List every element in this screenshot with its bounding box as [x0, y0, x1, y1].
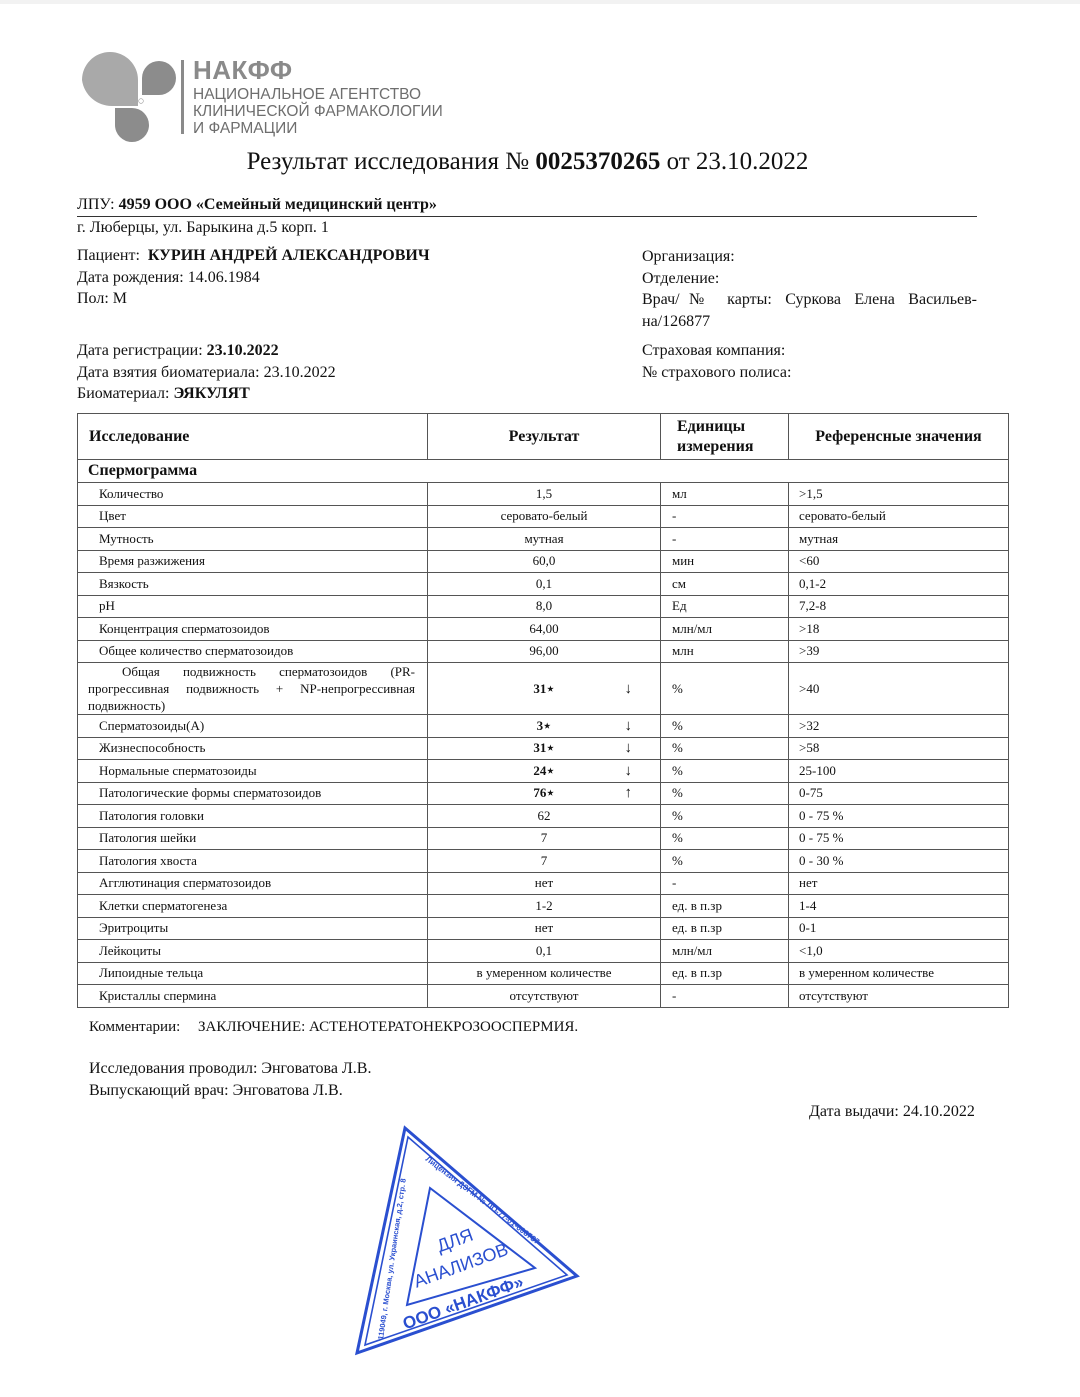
table-row: Нормальные сперматозоиды24⋆↓%25-100	[78, 760, 1009, 783]
cell-test: Эритроциты	[78, 917, 428, 940]
cell-unit: ед. в п.зр	[661, 917, 789, 940]
cell-test: Мутность	[78, 528, 428, 551]
cell-test: Жизнеспособность	[78, 737, 428, 760]
cell-reference: >39	[789, 640, 1009, 663]
cell-result: 8,0	[428, 595, 661, 618]
result-value: 1,5	[536, 487, 552, 501]
cell-result: нет	[428, 872, 661, 895]
cell-test: Липоидные тельца	[78, 962, 428, 985]
cell-reference: серовато-белый	[789, 505, 1009, 528]
biomaterial-label: Биоматериал:	[77, 385, 169, 402]
cell-unit: %	[661, 760, 789, 783]
results-table: Исследование Результат Единицы измерения…	[77, 413, 1009, 1008]
test-name: Время разжижения	[99, 553, 205, 568]
cell-result: серовато-белый	[428, 505, 661, 528]
test-name: Кристаллы спермина	[99, 988, 216, 1003]
document-title: Результат исследования № 0025370265 от 2…	[0, 146, 1055, 178]
staff-info: Исследования проводил: Энговатова Л.В. В…	[89, 1058, 371, 1101]
table-row: Липоидные тельцав умеренном количествеед…	[78, 962, 1009, 985]
insurance-label: Страховая компания:	[642, 342, 785, 359]
dob-value: 14.06.1984	[188, 269, 260, 286]
cell-test: Время разжижения	[78, 550, 428, 573]
cell-test: Патология хвоста	[78, 850, 428, 873]
test-name: Мутность	[99, 531, 154, 546]
cell-unit: %	[661, 715, 789, 738]
table-row: Лейкоциты0,1млн/мл<1,0	[78, 940, 1009, 963]
result-value: 3⋆	[537, 719, 552, 733]
table-row: Патологические формы сперматозоидов76⋆↑%…	[78, 782, 1009, 805]
test-name: pH	[99, 598, 115, 613]
header-result: Результат	[428, 414, 661, 460]
table-row: Общая подвижность сперматозоидов (PR-про…	[78, 663, 1009, 715]
patient-name-row: Пациент: КУРИН АНДРЕЙ АЛЕКСАНДРОВИЧ	[77, 245, 430, 267]
cell-reference: >18	[789, 618, 1009, 641]
cell-unit: ед. в п.зр	[661, 962, 789, 985]
cell-result: 64,00	[428, 618, 661, 641]
nakff-logo-icon	[80, 50, 180, 142]
cell-test: Клетки сперматогенеза	[78, 895, 428, 918]
arrow-down-icon: ↓	[625, 719, 633, 733]
org-label: Организация:	[642, 248, 735, 265]
table-row: pH8,0Ед7,2-8	[78, 595, 1009, 618]
test-name: Клетки сперматогенеза	[99, 898, 227, 913]
table-row: Мутностьмутная-мутная	[78, 528, 1009, 551]
cell-test: Лейкоциты	[78, 940, 428, 963]
cell-unit: %	[661, 805, 789, 828]
issue-date: Дата выдачи: 24.10.2022	[809, 1101, 975, 1122]
result-value: 24⋆	[533, 764, 554, 778]
cell-test: Сперматозоиды(А)	[78, 715, 428, 738]
header-reference: Референсные значения	[789, 414, 1009, 460]
insurance-info: Страховая компания: № страхового полиса:	[642, 340, 791, 383]
result-value: 0,1	[536, 944, 552, 958]
cell-unit: %	[661, 850, 789, 873]
section-title: Спермограмма	[78, 460, 1009, 483]
cell-reference: 0,1-2	[789, 573, 1009, 596]
cell-unit: -	[661, 872, 789, 895]
result-value: 76⋆	[533, 786, 554, 800]
cell-reference: <1,0	[789, 940, 1009, 963]
result-value: 31⋆	[533, 741, 554, 755]
cell-result: 0,1	[428, 940, 661, 963]
table-row: Патология хвоста7%0 - 30 %	[78, 850, 1009, 873]
arrow-down-icon: ↓	[625, 682, 633, 696]
cell-unit: -	[661, 985, 789, 1008]
sex-label: Пол:	[77, 290, 109, 307]
test-name: Патологические формы сперматозоидов	[99, 785, 321, 800]
cell-result: отсутствуют	[428, 985, 661, 1008]
cell-test: Общее количество сперматозоидов	[78, 640, 428, 663]
table-header-row: Исследование Результат Единицы измерения…	[78, 414, 1009, 460]
reg-date-row: Дата регистрации: 23.10.2022	[77, 340, 336, 362]
test-name: Количество	[99, 486, 163, 501]
cell-result: мутная	[428, 528, 661, 551]
test-name: Агглютинация сперматозоидов	[99, 875, 271, 890]
organization-info: Организация: Отделение: Врач/№ карты: Су…	[642, 246, 977, 332]
stamp-icon: ДЛЯ АНАЛИЗОВ ООО «НАКФФ» Лицензия ДЗГМ №…	[345, 1118, 590, 1363]
result-value: в умеренном количестве	[477, 966, 612, 980]
comment-label: Комментарии:	[89, 1019, 180, 1035]
cell-result: 1,5	[428, 483, 661, 506]
table-row: Кристаллы сперминаотсутствуют-отсутствую…	[78, 985, 1009, 1008]
cell-test: Патология шейки	[78, 827, 428, 850]
policy-label: № страхового полиса:	[642, 364, 791, 381]
cell-reference: 0-1	[789, 917, 1009, 940]
table-row: Патология головки62%0 - 75 %	[78, 805, 1009, 828]
table-row: Патология шейки7%0 - 75 %	[78, 827, 1009, 850]
cell-result: 31⋆↓	[428, 663, 661, 715]
cell-unit: млн/мл	[661, 618, 789, 641]
cell-test: pH	[78, 595, 428, 618]
issuing-doctor: Выпускающий врач: Энговатова Л.В.	[89, 1080, 371, 1102]
table-row: Концентрация сперматозоидов64,00млн/мл>1…	[78, 618, 1009, 641]
result-value: серовато-белый	[501, 509, 588, 523]
table-row: Клетки сперматогенеза1-2ед. в п.зр1-4	[78, 895, 1009, 918]
cell-result: 96,00	[428, 640, 661, 663]
patient-name-label: Пациент:	[77, 247, 140, 264]
top-bar	[0, 0, 1080, 4]
cell-result: 60,0	[428, 550, 661, 573]
cell-result: 0,1	[428, 573, 661, 596]
test-name: Концентрация сперматозоидов	[99, 621, 270, 636]
cell-unit: %	[661, 782, 789, 805]
result-value: 8,0	[536, 599, 552, 613]
result-value: нет	[535, 876, 553, 890]
dept-label: Отделение:	[642, 270, 719, 287]
cell-reference: >40	[789, 663, 1009, 715]
test-name: Липоидные тельца	[99, 965, 203, 980]
test-name: Лейкоциты	[99, 943, 161, 958]
table-row: Эритроцитынетед. в п.зр0-1	[78, 917, 1009, 940]
cell-unit: мл	[661, 483, 789, 506]
logo-subtitle-line: НАЦИОНАЛЬНОЕ АГЕНТСТВО	[193, 86, 443, 103]
dob-label: Дата рождения:	[77, 269, 184, 286]
lpu-address: г. Люберцы, ул. Барыкина д.5 корп. 1	[77, 218, 329, 238]
reg-date-label: Дата регистрации:	[77, 342, 203, 359]
cell-unit: %	[661, 737, 789, 760]
cell-reference: <60	[789, 550, 1009, 573]
result-value: 60,0	[533, 554, 556, 568]
cell-unit: %	[661, 827, 789, 850]
sample-date-label: Дата взятия биоматериала:	[77, 364, 260, 381]
reg-date-value: 23.10.2022	[207, 342, 279, 359]
cell-unit: мин	[661, 550, 789, 573]
cell-test: Патология головки	[78, 805, 428, 828]
cell-result: 62	[428, 805, 661, 828]
header-units: Единицы измерения	[661, 414, 789, 460]
cell-reference: мутная	[789, 528, 1009, 551]
logo-brand: НАКФФ	[193, 56, 293, 84]
cell-unit: %	[661, 663, 789, 715]
test-name: Вязкость	[99, 576, 149, 591]
cell-reference: 0-75	[789, 782, 1009, 805]
title-prefix: Результат исследования №	[247, 148, 529, 175]
arrow-down-icon: ↓	[625, 741, 633, 755]
table-row: Общее количество сперматозоидов96,00млн>…	[78, 640, 1009, 663]
lpu-line: ЛПУ: 4959 ООО «Семейный медицинский цент…	[77, 195, 977, 217]
test-name: Патология хвоста	[99, 853, 197, 868]
cell-result: 7	[428, 850, 661, 873]
cell-reference: в умеренном количестве	[789, 962, 1009, 985]
cell-reference: отсутствуют	[789, 985, 1009, 1008]
cell-test: Цвет	[78, 505, 428, 528]
cell-test: Вязкость	[78, 573, 428, 596]
cell-reference: нет	[789, 872, 1009, 895]
result-value: 62	[538, 809, 551, 823]
lpu-value: 4959 ООО «Семейный медицинский центр»	[119, 196, 437, 213]
org-row: Организация:	[642, 246, 977, 268]
cell-result: нет	[428, 917, 661, 940]
cell-result: 3⋆↓	[428, 715, 661, 738]
patient-name: КУРИН АНДРЕЙ АЛЕКСАНДРОВИЧ	[148, 247, 430, 264]
doctor-label: Врач/№ карты:	[642, 291, 772, 308]
logo-separator	[181, 60, 184, 134]
cell-result: 24⋆↓	[428, 760, 661, 783]
table-row: Жизнеспособность31⋆↓%>58	[78, 737, 1009, 760]
result-value: 64,00	[529, 622, 558, 636]
cell-test: Нормальные сперматозоиды	[78, 760, 428, 783]
registration-info: Дата регистрации: 23.10.2022 Дата взятия…	[77, 340, 336, 405]
sex-value: М	[113, 290, 127, 307]
sex-row: Пол: М	[77, 288, 430, 310]
svg-text:Лицензия ДЗГМ № ЛО-77-01-00873: Лицензия ДЗГМ № ЛО-77-01-008737	[424, 1154, 542, 1246]
cell-reference: 0 - 30 %	[789, 850, 1009, 873]
cell-result: в умеренном количестве	[428, 962, 661, 985]
sample-date-row: Дата взятия биоматериала: 23.10.2022	[77, 362, 336, 384]
table-row: Цветсеровато-белый-серовато-белый	[78, 505, 1009, 528]
cell-unit: млн	[661, 640, 789, 663]
cell-result: 1-2	[428, 895, 661, 918]
result-number: 0025370265	[535, 148, 660, 175]
result-value: отсутствуют	[510, 989, 579, 1003]
result-value: 96,00	[529, 644, 558, 658]
test-name: Эритроциты	[99, 920, 168, 935]
table-row: Агглютинация сперматозоидовнет-нет	[78, 872, 1009, 895]
cell-reference: 0 - 75 %	[789, 827, 1009, 850]
cell-reference: 25-100	[789, 760, 1009, 783]
test-name: Общая подвижность сперматозоидов (PR-про…	[88, 664, 415, 713]
patient-info: Пациент: КУРИН АНДРЕЙ АЛЕКСАНДРОВИЧ Дата…	[77, 245, 430, 310]
table-row: Время разжижения60,0мин<60	[78, 550, 1009, 573]
lpu-label: ЛПУ:	[77, 196, 115, 213]
test-name: Патология шейки	[99, 830, 196, 845]
doctor-row: Врач/№ карты: Суркова Елена Васильев-на/…	[642, 289, 977, 332]
cell-reference: >1,5	[789, 483, 1009, 506]
logo-subtitle: НАЦИОНАЛЬНОЕ АГЕНТСТВО КЛИНИЧЕСКОЙ ФАРМА…	[193, 86, 443, 137]
cell-reference: >32	[789, 715, 1009, 738]
performed-by: Исследования проводил: Энговатова Л.В.	[89, 1058, 371, 1080]
cell-reference: 1-4	[789, 895, 1009, 918]
arrow-up-icon: ↑	[625, 786, 633, 800]
cell-test: Общая подвижность сперматозоидов (PR-про…	[78, 663, 428, 715]
cell-test: Кристаллы спермина	[78, 985, 428, 1008]
dob-row: Дата рождения: 14.06.1984	[77, 267, 430, 289]
biomaterial-value: ЭЯКУЛЯТ	[173, 385, 249, 402]
cell-unit: -	[661, 528, 789, 551]
header-test: Исследование	[78, 414, 428, 460]
cell-test: Количество	[78, 483, 428, 506]
cell-unit: Ед	[661, 595, 789, 618]
policy-row: № страхового полиса:	[642, 362, 791, 384]
result-value: 7	[541, 854, 548, 868]
result-value: 31⋆	[533, 682, 554, 696]
result-value: 0,1	[536, 577, 552, 591]
cell-test: Концентрация сперматозоидов	[78, 618, 428, 641]
logo-subtitle-line: КЛИНИЧЕСКОЙ ФАРМАКОЛОГИИ	[193, 103, 443, 120]
cell-result: 76⋆↑	[428, 782, 661, 805]
test-name: Нормальные сперматозоиды	[99, 763, 257, 778]
cell-reference: 7,2-8	[789, 595, 1009, 618]
cell-reference: >58	[789, 737, 1009, 760]
cell-unit: млн/мл	[661, 940, 789, 963]
title-date: от 23.10.2022	[667, 148, 809, 175]
logo-subtitle-line: И ФАРМАЦИИ	[193, 120, 443, 137]
section-row: Спермограмма	[78, 460, 1009, 483]
table-row: Вязкость0,1см0,1-2	[78, 573, 1009, 596]
insurance-row: Страховая компания:	[642, 340, 791, 362]
cell-unit: см	[661, 573, 789, 596]
comment-text: ЗАКЛЮЧЕНИЕ: АСТЕНОТЕРАТОНЕКРОЗООСПЕРМИЯ.	[198, 1019, 578, 1035]
test-name: Патология головки	[99, 808, 204, 823]
result-value: мутная	[524, 532, 563, 546]
test-name: Общее количество сперматозоидов	[99, 643, 293, 658]
result-value: нет	[535, 921, 553, 935]
table-row: Количество1,5мл>1,5	[78, 483, 1009, 506]
test-name: Цвет	[99, 508, 126, 523]
result-value: 1-2	[535, 899, 552, 913]
table-row: Сперматозоиды(А)3⋆↓%>32	[78, 715, 1009, 738]
biomaterial-row: Биоматериал: ЭЯКУЛЯТ	[77, 383, 336, 405]
result-value: 7	[541, 831, 548, 845]
cell-result: 7	[428, 827, 661, 850]
cell-test: Агглютинация сперматозоидов	[78, 872, 428, 895]
cell-reference: 0 - 75 %	[789, 805, 1009, 828]
sample-date-value: 23.10.2022	[264, 364, 336, 381]
cell-unit: -	[661, 505, 789, 528]
cell-unit: ед. в п.зр	[661, 895, 789, 918]
cell-test: Патологические формы сперматозоидов	[78, 782, 428, 805]
dept-row: Отделение:	[642, 268, 977, 290]
test-name: Сперматозоиды(А)	[99, 718, 204, 733]
arrow-down-icon: ↓	[625, 764, 633, 778]
comment: Комментарии: ЗАКЛЮЧЕНИЕ: АСТЕНОТЕРАТОНЕК…	[89, 1017, 578, 1037]
cell-result: 31⋆↓	[428, 737, 661, 760]
test-name: Жизнеспособность	[99, 740, 205, 755]
